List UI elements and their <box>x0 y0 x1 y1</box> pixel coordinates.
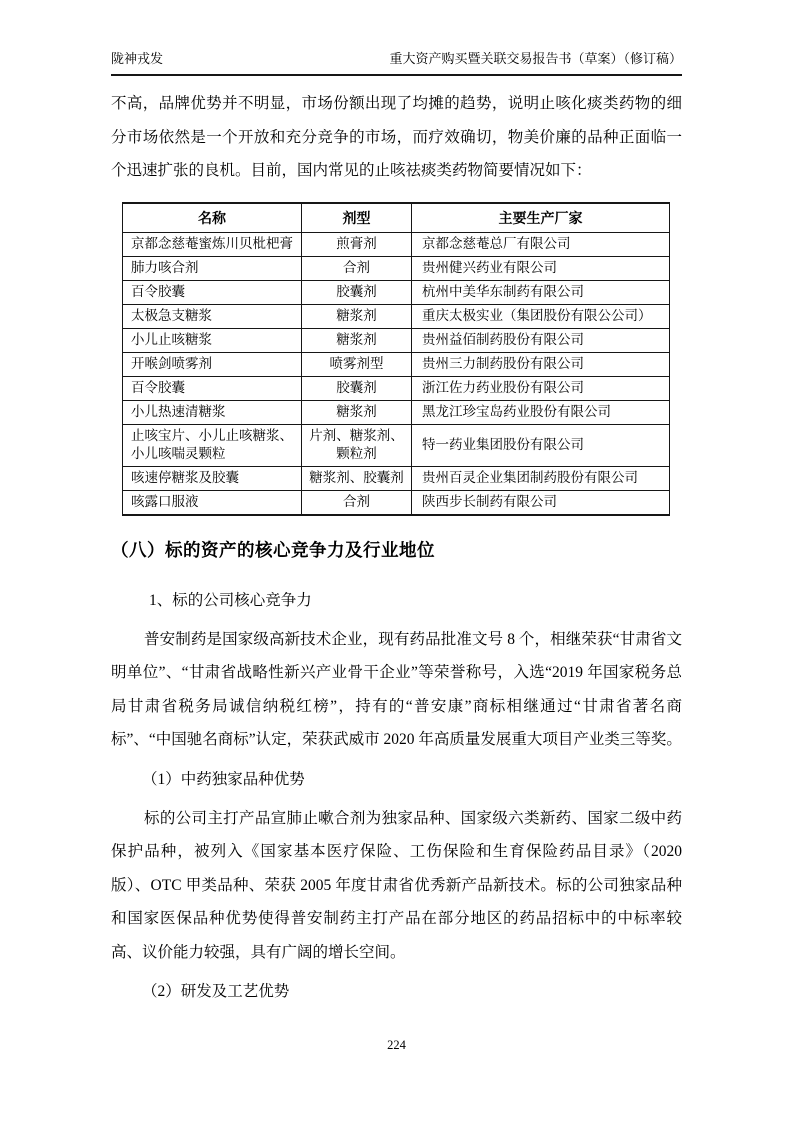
table-row: 小儿止咳糖浆糖浆剂贵州益佰制药股份有限公司 <box>123 328 670 352</box>
intro-paragraph: 不高，品牌优势并不明显，市场份额出现了均摊的趋势，说明止咳化痰类药物的细分市场依… <box>111 87 682 188</box>
table-cell: 糖浆剂、胶囊剂 <box>302 466 412 490</box>
table-cell: 陕西步长制药有限公司 <box>412 490 670 515</box>
list-item-advantage-1: （1）中药独家品种优势 <box>142 770 682 790</box>
section-heading: （八）标的资产的核心竞争力及行业地位 <box>111 537 682 562</box>
table-cell: 贵州三力制药股份有限公司 <box>412 352 670 376</box>
table-row: 开喉剑喷雾剂喷雾剂型贵州三力制药股份有限公司 <box>123 352 670 376</box>
page-number: 224 <box>0 1038 793 1053</box>
table-row: 咳速停糖浆及胶囊糖浆剂、胶囊剂贵州百灵企业集团制药股份有限公司 <box>123 466 670 490</box>
body-paragraph: 标的公司主打产品宣肺止嗽合剂为独家品种、国家级六类新药、国家二级中药保护品种，被… <box>111 802 682 970</box>
table-row: 肺力咳合剂合剂贵州健兴药业有限公司 <box>123 256 670 280</box>
table-cell: 小儿止咳糖浆 <box>123 328 302 352</box>
table-row: 百令胶囊胶囊剂浙江佐力药业股份有限公司 <box>123 376 670 400</box>
document-page: 陇神戎发 重大资产购买暨关联交易报告书（草案）（修订稿） 不高，品牌优势并不明显… <box>0 0 793 1002</box>
table-cell: 特一药业集团股份有限公司 <box>412 424 670 466</box>
drug-table: 名称 剂型 主要生产厂家 京都念慈菴蜜炼川贝枇杷膏煎膏剂京都念慈菴总厂有限公司肺… <box>122 202 670 516</box>
table-cell: 杭州中美华东制药有限公司 <box>412 280 670 304</box>
table-row: 太极急支糖浆糖浆剂重庆太极实业（集团股份有限公公司） <box>123 304 670 328</box>
table-cell: 煎膏剂 <box>302 232 412 256</box>
table-header-manufacturer: 主要生产厂家 <box>412 203 670 233</box>
table-cell: 百令胶囊 <box>123 376 302 400</box>
header-report-title: 重大资产购买暨关联交易报告书（草案）（修订稿） <box>389 48 682 67</box>
page-header: 陇神戎发 重大资产购买暨关联交易报告书（草案）（修订稿） <box>111 48 682 76</box>
table-cell: 胶囊剂 <box>302 280 412 304</box>
header-company-short-name: 陇神戎发 <box>111 48 163 67</box>
table-cell: 黑龙江珍宝岛药业股份有限公司 <box>412 400 670 424</box>
table-cell: 肺力咳合剂 <box>123 256 302 280</box>
table-cell: 糖浆剂 <box>302 328 412 352</box>
list-item-advantage-2: （2）研发及工艺优势 <box>142 982 682 1002</box>
table-row: 百令胶囊胶囊剂杭州中美华东制药有限公司 <box>123 280 670 304</box>
table-cell: 贵州益佰制药股份有限公司 <box>412 328 670 352</box>
table-cell: 糖浆剂 <box>302 400 412 424</box>
table-cell: 京都念慈菴蜜炼川贝枇杷膏 <box>123 232 302 256</box>
table-cell: 咳速停糖浆及胶囊 <box>123 466 302 490</box>
table-cell: 糖浆剂 <box>302 304 412 328</box>
table-cell: 咳露口服液 <box>123 490 302 515</box>
table-cell: 片剂、糖浆剂、颗粒剂 <box>302 424 412 466</box>
table-header-row: 名称 剂型 主要生产厂家 <box>123 203 670 233</box>
table-header-name: 名称 <box>123 203 302 233</box>
table-row: 咳露口服液合剂陕西步长制药有限公司 <box>123 490 670 515</box>
table-cell: 胶囊剂 <box>302 376 412 400</box>
table-cell: 开喉剑喷雾剂 <box>123 352 302 376</box>
table-header-dosage-form: 剂型 <box>302 203 412 233</box>
table-row: 小儿热速清糖浆糖浆剂黑龙江珍宝岛药业股份有限公司 <box>123 400 670 424</box>
table-cell: 止咳宝片、小儿止咳糖浆、小儿咳喘灵颗粒 <box>123 424 302 466</box>
table-cell: 贵州健兴药业有限公司 <box>412 256 670 280</box>
table-cell: 合剂 <box>302 490 412 515</box>
subsection-title: 1、标的公司核心竞争力 <box>149 591 682 611</box>
table-body: 京都念慈菴蜜炼川贝枇杷膏煎膏剂京都念慈菴总厂有限公司肺力咳合剂合剂贵州健兴药业有… <box>123 232 670 515</box>
table-cell: 百令胶囊 <box>123 280 302 304</box>
table-cell: 贵州百灵企业集团制药股份有限公司 <box>412 466 670 490</box>
table-cell: 太极急支糖浆 <box>123 304 302 328</box>
table-cell: 合剂 <box>302 256 412 280</box>
table-row: 止咳宝片、小儿止咳糖浆、小儿咳喘灵颗粒片剂、糖浆剂、颗粒剂特一药业集团股份有限公… <box>123 424 670 466</box>
body-paragraph: 普安制药是国家级高新技术企业，现有药品批准文号 8 个，相继荣获“甘肃省文明单位… <box>111 623 682 757</box>
table-cell: 京都念慈菴总厂有限公司 <box>412 232 670 256</box>
table-cell: 小儿热速清糖浆 <box>123 400 302 424</box>
table-cell: 浙江佐力药业股份有限公司 <box>412 376 670 400</box>
table-cell: 重庆太极实业（集团股份有限公公司） <box>412 304 670 328</box>
table-row: 京都念慈菴蜜炼川贝枇杷膏煎膏剂京都念慈菴总厂有限公司 <box>123 232 670 256</box>
table-cell: 喷雾剂型 <box>302 352 412 376</box>
